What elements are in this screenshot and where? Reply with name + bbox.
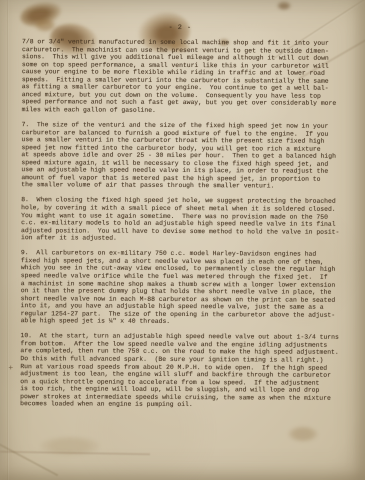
paragraph-9: 9. All carburetors on ex-military 750 c.… — [21, 249, 357, 326]
scanned-document-page: - 2 - + 7/8 or 3/4" venturi manufactured… — [0, 0, 365, 480]
paragraph-10: 10. At the start, turn an adjustable hig… — [20, 332, 356, 409]
typewritten-text-area: - 2 - + 7/8 or 3/4" venturi manufactured… — [0, 0, 365, 480]
paragraph-continuation: 7/8 or 3/4" venturi manufactured in some… — [22, 38, 358, 115]
margin-plus-mark: + — [8, 364, 13, 373]
page-number: - 2 - — [1, 23, 359, 33]
paragraph-7: 7. The size of the venturi and the size … — [21, 121, 357, 191]
paragraph-8: 8. When closing the fixed high speed jet… — [21, 197, 357, 244]
page-body: 7/8 or 3/4" venturi manufactured in some… — [20, 38, 358, 417]
